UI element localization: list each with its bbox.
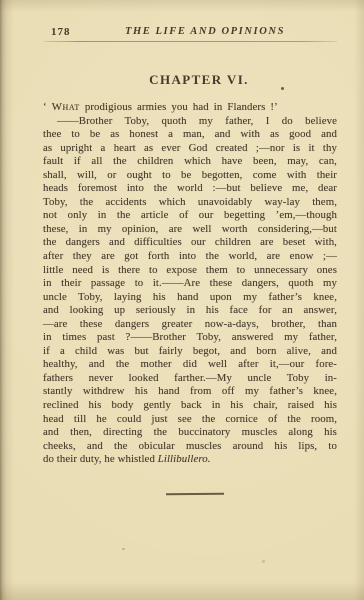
text-line: uncle Toby, laying his hand upon my fath… — [43, 291, 337, 305]
text-line: shall, will, or ought to be begotten, co… — [43, 169, 337, 183]
text-line: ——Brother Toby, quoth my father, I do be… — [43, 115, 337, 129]
text-line: head till he could just see the cornice … — [43, 413, 337, 427]
ink-speck — [281, 87, 284, 90]
header-rule — [44, 41, 337, 42]
text-line: in their passage to it.——Are these dange… — [43, 277, 337, 291]
text-line: fault if all the children which have bee… — [43, 155, 337, 169]
text-line: as upright a heart as ever God created ;… — [43, 142, 337, 156]
text-line: and looking up seriously in his face for… — [43, 304, 337, 318]
text-line: and then, directing the buccinatory musc… — [43, 426, 337, 440]
paper-speck — [262, 560, 265, 563]
text-line: these, in my opinion, are well worth con… — [43, 223, 337, 237]
text-line: do their duty, he whistled Lillibullero. — [43, 453, 337, 467]
paper-speck — [318, 237, 320, 239]
text-line: —are these dangers greater now-a-days, b… — [43, 318, 337, 332]
text-line: if a child was but fairly begot, and bor… — [43, 345, 337, 359]
body-text: ‘ What prodigious armies you had in Flan… — [43, 101, 337, 467]
text-line: cheeks, and the obicular muscles around … — [43, 440, 337, 454]
text-line: heads foremost into the world :—but beli… — [43, 182, 337, 196]
text-line: ‘ What prodigious armies you had in Flan… — [43, 101, 337, 115]
text-line: after they are got forth into the world,… — [43, 250, 337, 264]
text-line: thee to be as honest a man, and with as … — [43, 128, 337, 142]
section-end-rule — [166, 493, 224, 495]
running-title: THE LIFE AND OPINIONS — [0, 26, 364, 37]
text-line: stantly withdrew his hand from off my fa… — [43, 385, 337, 399]
text-line: reclined his body gently back in his cha… — [43, 399, 337, 413]
book-page-scan: 178 THE LIFE AND OPINIONS CHAPTER VI. ‘ … — [0, 0, 364, 600]
chapter-heading: CHAPTER VI. — [0, 72, 364, 88]
text-line: healthy, and the mother did well after i… — [43, 358, 337, 372]
text-line: not only in the article of our begetting… — [43, 209, 337, 223]
text-line: in times past ?——Brother Toby, answered … — [43, 331, 337, 345]
text-line: the dangers and difficulties our childre… — [43, 236, 337, 250]
paper-speck — [122, 548, 125, 550]
text-line: fathers never looked farther.—My uncle T… — [43, 372, 337, 386]
text-line: little need is there to expose them to u… — [43, 264, 337, 278]
text-line: Toby, the accidents which unavoidably wa… — [43, 196, 337, 210]
